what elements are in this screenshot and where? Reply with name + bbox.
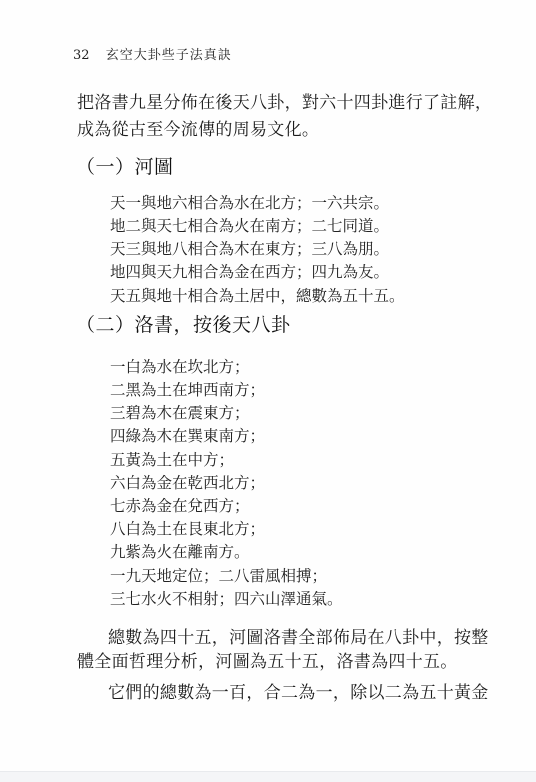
hetu-line-5: 天五與地十相合為土居中，總數為五十五。: [110, 286, 405, 306]
hetu-line-1: 天一與地六相合為水在北方；一六共宗。: [110, 193, 389, 213]
intro-line-1: 把洛書九星分佈在後天八卦，對六十四卦進行了註解，: [77, 92, 492, 114]
closing-para1-line-1: 總數為四十五，河圖洛書全部佈局在八卦中，按整: [108, 627, 489, 649]
closing-para2-line-1: 它們的總數為一百，合二為一，除以二為五十黃金: [108, 682, 489, 704]
section-heading-hetu: （一）河圖: [76, 155, 174, 179]
luoshu-line-1: 一白為水在坎北方；: [110, 357, 250, 377]
book-page: 32 玄空大卦些子法真訣 把洛書九星分佈在後天八卦，對六十四卦進行了註解， 成為…: [0, 0, 536, 771]
luoshu-line-11: 三七水火不相射；四六山澤通氣。: [110, 589, 343, 609]
luoshu-line-7: 七赤為金在兌西方；: [110, 496, 250, 516]
hetu-line-2: 地二與天七相合為火在南方；二七同道。: [110, 216, 389, 236]
viewer-bottom-bar: [0, 771, 536, 782]
luoshu-line-9: 九紫為火在離南方。: [110, 542, 250, 562]
luoshu-line-5: 五黃為土在中方；: [110, 450, 234, 470]
luoshu-line-6: 六白為金在乾西北方；: [110, 473, 265, 493]
luoshu-line-4: 四綠為木在巽東南方；: [110, 426, 265, 446]
page-number: 32: [73, 47, 90, 65]
closing-para1-line-2: 體全面哲理分析，河圖為五十五，洛書為四十五。: [77, 651, 458, 673]
running-header: 32 玄空大卦些子法真訣: [73, 47, 232, 65]
luoshu-line-10: 一九天地定位；二八雷風相搏；: [110, 566, 327, 586]
book-title: 玄空大卦些子法真訣: [106, 48, 232, 63]
intro-line-2: 成為從古至今流傳的周易文化。: [77, 119, 319, 141]
luoshu-line-8: 八白為土在艮東北方；: [110, 519, 265, 539]
hetu-line-3: 天三與地八相合為木在東方；三八為朋。: [110, 239, 389, 259]
section-heading-luoshu: （二）洛書，按後天八卦: [76, 313, 291, 337]
luoshu-line-2: 二黑為土在坤西南方；: [110, 380, 265, 400]
hetu-line-4: 地四與天九相合為金在西方；四九為友。: [110, 262, 389, 282]
luoshu-line-3: 三碧為木在震東方；: [110, 403, 250, 423]
